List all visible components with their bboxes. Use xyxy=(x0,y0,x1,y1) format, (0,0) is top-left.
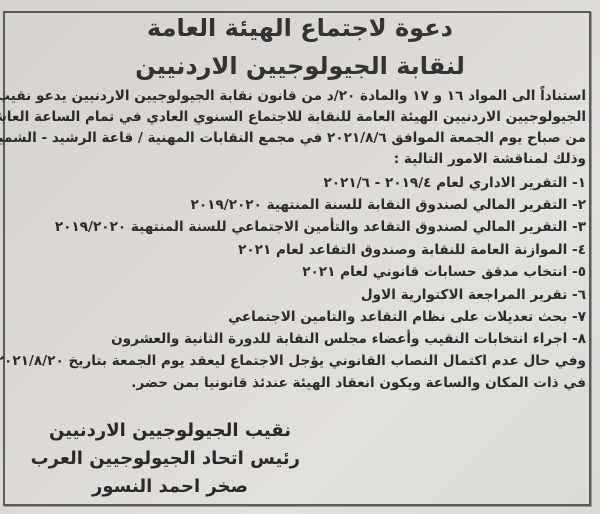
announcement-subtitle: لنقابة الجيولوجيين الاردنيين xyxy=(0,52,600,80)
intro-line: الجيولوجيين الاردنيين الهيئة العامة للنق… xyxy=(8,109,586,125)
agenda-item: ٤- الموازنة العامة للنقابة وصندوق التقاع… xyxy=(238,242,586,258)
agenda-item: ٨- اجراء انتخابات النقيب وأعضاء مجلس الن… xyxy=(111,331,586,347)
agenda-item: ٣- التقرير المالي لصندوق التقاعد والتأمي… xyxy=(55,219,586,235)
intro-line: استناداً الى المواد ١٦ و ١٧ والمادة ٢٠/د… xyxy=(8,88,586,104)
intro-line: وذلك لمناقشة الامور التالية : xyxy=(394,151,586,167)
signatory-name: صخر احمد النسور xyxy=(40,476,300,497)
intro-line: من صباح يوم الجمعة الموافق ٢٠٢١/٨/٦ في م… xyxy=(8,130,586,146)
agenda-item: ٢- التقرير المالي لصندوق النقابة للسنة ا… xyxy=(191,197,586,213)
agenda-item: ٦- تقرير المراجعة الاكتوارية الاول xyxy=(361,287,586,303)
agenda-item: ٧- بحث تعديلات على نظام التقاعد والتامين… xyxy=(228,309,586,325)
announcement-title: دعوة لاجتماع الهيئة العامة xyxy=(0,14,600,42)
quorum-note: وفي حال عدم اكتمال النصاب القانوني يؤجل … xyxy=(8,353,586,369)
agenda-item: ١- التقرير الاداري لعام ٢٠١٩/٤ - ٢٠٢١/٦ xyxy=(323,175,586,191)
signatory-title-2: رئيس اتحاد الجيولوجيين العرب xyxy=(40,448,300,469)
signatory-title: نقيب الجيولوجيين الاردنيين xyxy=(40,420,300,441)
quorum-note: في ذات المكان والساعة ويكون انعقاد الهيئ… xyxy=(131,375,586,391)
agenda-item: ٥- انتخاب مدقق حسابات قانوني لعام ٢٠٢١ xyxy=(302,264,586,280)
